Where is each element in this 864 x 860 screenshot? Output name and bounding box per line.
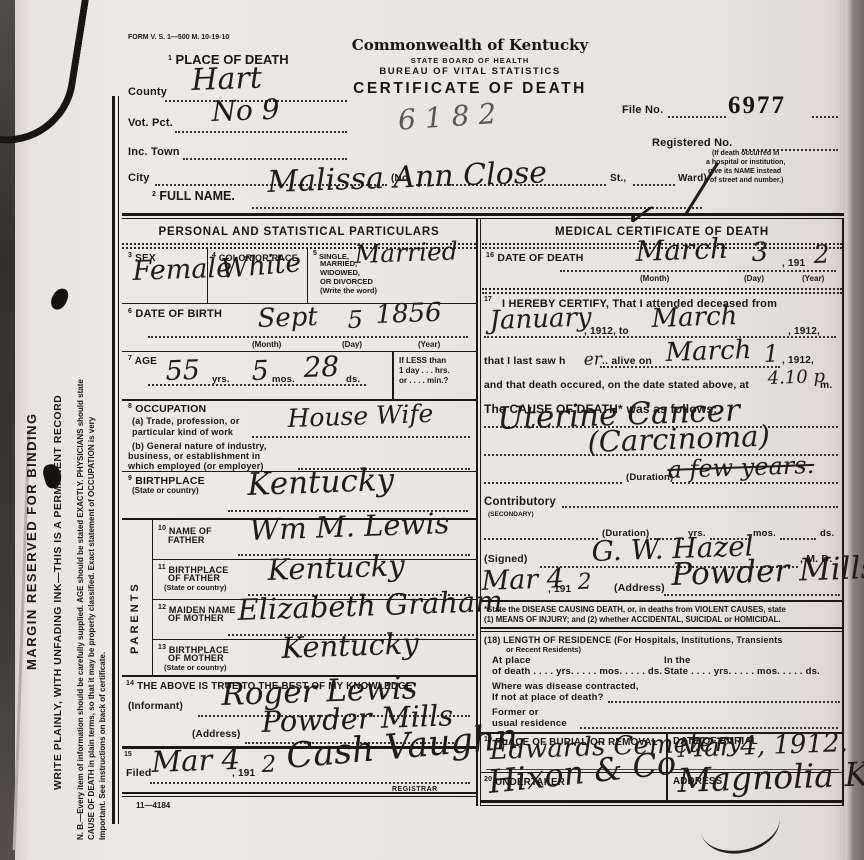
birthplace-value: Kentucky — [247, 465, 395, 501]
precinct-dotline — [175, 131, 347, 133]
certify-num: 17 — [484, 296, 492, 303]
dod-bottom-rule — [482, 288, 842, 290]
father-bp-label-2: OF FATHER — [168, 573, 220, 583]
signed-address-dotline — [664, 594, 840, 596]
father-name-label-2: FATHER — [168, 535, 205, 545]
bureau-label: BUREAU OF VITAL STATISTICS — [330, 66, 610, 77]
signed-year-print: , 191 — [548, 584, 571, 595]
filed-dotline — [150, 782, 470, 784]
dod-year-hw: 2 — [813, 241, 830, 267]
duration-value: a few years. — [667, 453, 814, 482]
dod-day-value: 3 — [751, 239, 768, 266]
dod-bottom-rule-2 — [482, 292, 842, 294]
city-label: City — [128, 172, 150, 184]
certificate-title: CERTIFICATE OF DEATH — [320, 80, 620, 98]
city-dotline-3 — [633, 184, 675, 186]
informant-address-label: (Address) — [192, 729, 240, 740]
dod-cap-day: (Day) — [744, 274, 764, 283]
left-bottom-rule — [122, 792, 476, 794]
saw-dotline — [600, 366, 780, 368]
hospital-note-1: (If death occurred in — [712, 150, 779, 157]
residence-label: (18) LENGTH OF RESIDENCE (For Hospitals,… — [484, 635, 782, 645]
contributory-label: Contributory — [484, 496, 556, 508]
former-1: Former or — [492, 707, 539, 718]
dod-label: 16 DATE OF DEATH — [486, 252, 584, 264]
mother-name-value: Elizabeth Graham — [237, 587, 503, 625]
father-bp-num: 11 — [158, 564, 166, 571]
less-than-2: 1 day . . . hrs. — [399, 366, 450, 375]
signed-address-value: Powder Mills — [671, 553, 864, 591]
file-no-dotline-2 — [812, 116, 838, 118]
margin-plainly-text: WRITE PLAINLY, WITH UNFADING INK—THIS IS… — [52, 170, 64, 790]
signed-year-hw: 2 — [577, 572, 592, 594]
occ-text: OCCUPATION — [135, 403, 206, 415]
mother-name-label-2: OF MOTHER — [168, 613, 224, 623]
dod-year-print: , 191 — [782, 258, 805, 269]
inc-town-dotline — [183, 158, 347, 160]
dob-text: DATE OF BIRTH — [135, 308, 222, 320]
age-ds-label: ds. — [346, 374, 360, 385]
dur2-mos: mos. — [753, 528, 776, 539]
file-no-dotline — [668, 116, 726, 118]
dob-month-value: Sept — [257, 304, 318, 332]
age-days-value: 28 — [303, 353, 340, 382]
county-label: County — [128, 86, 167, 98]
marital-label-3: WIDOWED, — [320, 268, 360, 277]
duration-dotline-1 — [484, 482, 622, 484]
age-months-value: 5 — [251, 357, 269, 385]
occ-a-line2: particular kind of work — [132, 427, 233, 437]
dob-day-value: 5 — [347, 307, 363, 332]
occ-num: 8 — [128, 403, 132, 410]
footnote-2: (1) MEANS OF INJURY; and (2) whether ACC… — [484, 615, 781, 624]
dur2-dotline-1 — [484, 538, 598, 540]
marital-label-4: OR DIVORCED — [320, 277, 373, 286]
age-mos-label: mos. — [272, 374, 295, 385]
dob-dotline — [148, 336, 468, 338]
occ-b-line1: (b) General nature of industry, — [132, 441, 267, 451]
cause-value-2: (Carcinoma) — [587, 422, 770, 457]
filed-year-hw: 2 — [261, 754, 276, 777]
margin-rule — [112, 96, 115, 824]
signed-bottom-rule — [481, 600, 842, 602]
secondary-label: (SECONDARY) — [488, 511, 534, 518]
check-mark: ✓ — [622, 196, 655, 234]
precinct-label: Vot. Pct. — [128, 117, 173, 129]
hospital-note-3: give its NAME instead — [708, 168, 781, 175]
footnote-rule-2 — [481, 631, 842, 632]
father-num: 10 — [158, 525, 166, 532]
at-place-1: At place — [492, 655, 531, 666]
less-than-3: or . . . . min.? — [399, 376, 448, 385]
death-time-m: m. — [820, 380, 832, 391]
marital-label-5: (Write the word) — [320, 286, 377, 295]
place-num: 1 — [168, 55, 172, 62]
filed-num: 15 — [124, 751, 132, 758]
in-state-1: In the — [664, 655, 691, 666]
birthplace-sub: (State or country) — [132, 486, 199, 495]
death-time-pre: and that death occured, on the date stat… — [484, 380, 749, 391]
race-value: White — [220, 249, 303, 283]
marital-value: Married — [354, 238, 458, 267]
dob-cap-day: (Day) — [342, 340, 362, 349]
father-bp-label-3: (State or country) — [164, 583, 227, 592]
contracted-dotline — [608, 701, 840, 703]
death-time-hw: 4.10 p — [767, 368, 825, 388]
scan-edge-right — [846, 0, 864, 860]
age-text: AGE — [135, 356, 157, 367]
age-yrs-label: yrs. — [212, 374, 230, 385]
dod-num: 16 — [486, 252, 494, 259]
dob-cap-month: (Month) — [252, 340, 281, 349]
mother-num: 12 — [158, 604, 166, 611]
occ-b-line3: which employed (or employer) — [128, 461, 264, 471]
dob-cap-year: (Year) — [418, 340, 440, 349]
filed-label: Filed — [126, 767, 152, 779]
attended-to-rest: , 1912, — [788, 326, 820, 337]
filed-date-value: Mar 4 — [151, 745, 240, 777]
father-name-value: Wm M. Lewis — [249, 509, 450, 545]
dob-label: 6 DATE OF BIRTH — [128, 308, 222, 320]
informant-label: (Informant) — [128, 701, 183, 712]
residence-label-2: or Recent Residents) — [506, 645, 581, 654]
at-place-2: of death . . . . yrs. . . . . mos. . . .… — [492, 666, 662, 677]
dod-cap-year: (Year) — [802, 274, 824, 283]
footnote-rule — [481, 627, 842, 629]
margin-nb-line2: CAUSE OF DEATH in plain terms, so that i… — [87, 150, 96, 840]
filed-year-print: , 191 — [232, 768, 255, 779]
race-num: 4 — [212, 252, 216, 259]
in-state-2: State . . . . yrs. . . . . mos. . . . . … — [664, 666, 820, 677]
signed-label: (Signed) — [484, 553, 528, 565]
occ-a-value: House Wife — [287, 401, 434, 431]
state-board-label: STATE BOARD OF HEALTH — [330, 56, 610, 65]
occ-b-line2: business, or establishment in — [128, 451, 260, 461]
occ-a-line1: (a) Trade, profession, or — [132, 416, 240, 426]
county-value: Hart — [191, 64, 262, 96]
duration-label: (Duration) — [626, 472, 673, 483]
file-no-label: File No. — [622, 104, 663, 116]
contracted-1: Where was disease contracted, — [492, 681, 639, 692]
age-box-divider — [392, 352, 394, 399]
parents-label: PARENTS — [129, 542, 141, 654]
dod-month-value: March — [635, 235, 728, 266]
form-number: FORM V. S. 1—500 M. 10-19-10 — [128, 34, 229, 41]
right-bottom-rule — [481, 800, 842, 803]
age-years-value: 55 — [165, 357, 200, 385]
mother-bp-value: Kentucky — [281, 629, 419, 663]
occupation-label: 8 OCCUPATION — [128, 403, 206, 415]
attended-from-rest: , 1912, to — [584, 326, 629, 337]
mother-bp-num: 13 — [158, 644, 166, 651]
attended-from-month: January — [489, 304, 592, 334]
age-label: 7 AGE — [128, 355, 157, 367]
commonwealth-title: Commonwealth of Kentucky — [330, 36, 610, 54]
pencil-number: 6182 — [397, 96, 506, 136]
registered-no-label: Registered No. — [652, 137, 732, 149]
personal-section-title: PERSONAL AND STATISTICAL PARTICULARS — [122, 226, 476, 238]
former-2: usual residence — [492, 718, 567, 729]
inc-town-label: Inc. Town — [128, 146, 180, 158]
attended-to-month: March — [651, 303, 738, 332]
file-no-value: 6977 — [728, 92, 786, 120]
dod-dotline — [560, 270, 836, 272]
undertaker-address-value: Magnolia Ky — [677, 757, 864, 797]
dur2-ds: ds. — [820, 528, 834, 539]
form-code: 11—4184 — [136, 801, 170, 810]
contributory-dotline — [562, 506, 838, 508]
column-divider — [476, 218, 478, 806]
left-bottom-rule-2 — [122, 796, 476, 797]
knowledge-num: 14 — [126, 680, 134, 687]
cell-divider-2 — [307, 248, 308, 303]
margin-nb-line3: Important. See instructions on back of c… — [98, 420, 107, 840]
hospital-note-4: of street and number.) — [710, 177, 784, 184]
marital-num: 5 — [313, 250, 317, 257]
full-name-value: Malissa Ann Close — [267, 158, 547, 198]
saw-month-value: March — [665, 337, 752, 366]
age-num: 7 — [128, 355, 132, 362]
mother-bp-label-2: OF MOTHER — [168, 653, 224, 663]
footnote-1: *State the DISEASE CAUSING DEATH, or, in… — [484, 605, 786, 614]
signed-address-label: (Address) — [614, 582, 665, 594]
dod-cap-month: (Month) — [640, 274, 669, 283]
scan-corner-tear — [0, 0, 92, 153]
full-name-label: 2 FULL NAME. — [152, 189, 235, 203]
bp-num: 9 — [128, 475, 132, 482]
city-st-label: St., — [610, 173, 626, 184]
right-border — [842, 218, 844, 806]
certify-dotline-1 — [484, 336, 836, 338]
dur2-dotline-4 — [780, 538, 816, 540]
contracted-2: If not at place of death? — [492, 692, 604, 703]
dob-num: 6 — [128, 308, 132, 315]
full-name-num: 2 — [152, 191, 156, 198]
less-than-1: If LESS than — [399, 356, 446, 365]
saw-pre: that I last saw h — [484, 355, 566, 367]
row2-rule — [122, 351, 476, 352]
top-rule — [122, 213, 844, 216]
full-name-text: FULL NAME. — [159, 189, 234, 203]
margin-rule-thin — [118, 96, 119, 824]
death-certificate-scan: MARGIN RESERVED FOR BINDING WRITE PLAINL… — [0, 0, 864, 860]
registered-no-dotline — [742, 149, 838, 151]
margin-binding-text: MARGIN RESERVED FOR BINDING — [24, 270, 39, 670]
top-rule-thin — [122, 218, 844, 219]
saw-day-value: 1 — [763, 341, 779, 366]
dob-year-value: 1856 — [375, 300, 442, 328]
right-bottom-rule-2 — [481, 805, 842, 806]
column-divider-thin — [480, 218, 481, 806]
marital-label-2: MARRIED, — [320, 259, 357, 268]
occ-a-dotline — [252, 436, 470, 438]
precinct-value: No 9 — [211, 96, 280, 126]
dod-text: DATE OF DEATH — [497, 252, 583, 264]
margin-nb-line1: N. B.—Every item of information should b… — [76, 140, 85, 840]
father-bp-value: Kentucky — [267, 551, 405, 585]
mother-bp-label-3: (State or country) — [164, 663, 227, 672]
parents-divider — [152, 519, 153, 676]
saw-rest: , 1912, — [782, 355, 814, 366]
